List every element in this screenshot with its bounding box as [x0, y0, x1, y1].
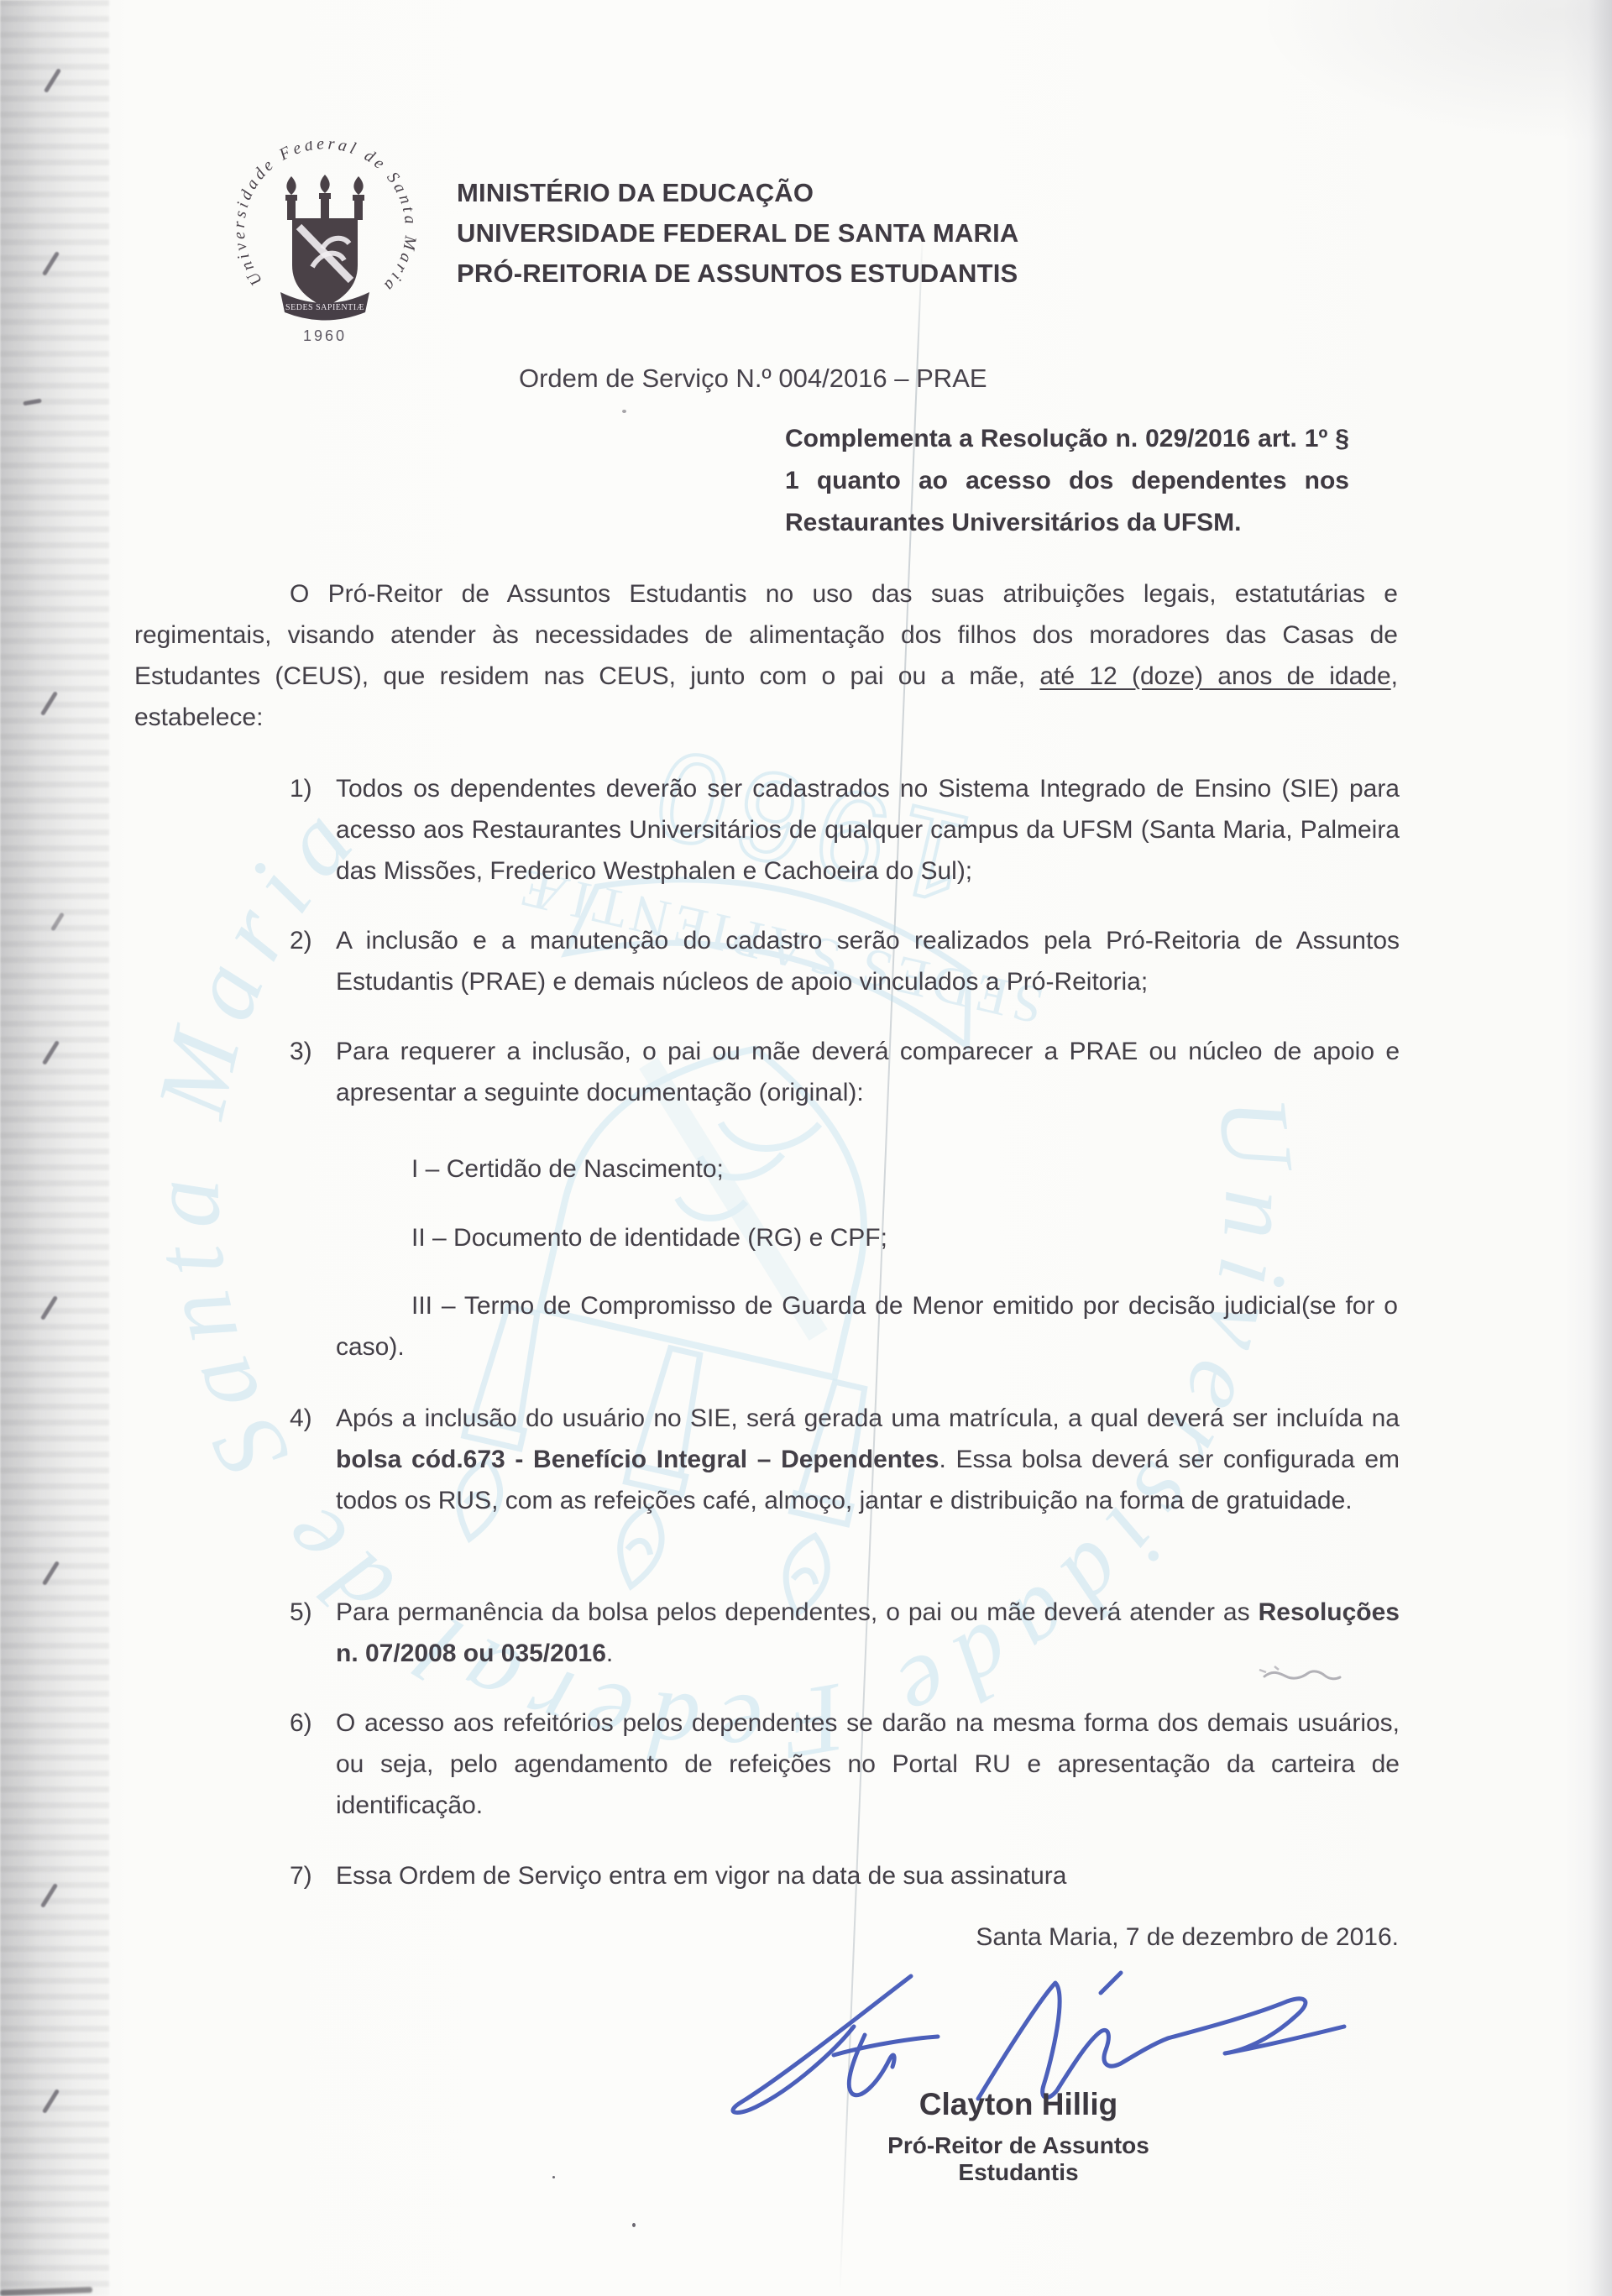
signer-role: Pró-Reitor de Assuntos Estudantis	[850, 2132, 1186, 2186]
scan-speck	[552, 2176, 555, 2178]
item-text: Para permanência da bolsa pelos dependen…	[336, 1592, 1400, 1674]
item-number: 7)	[290, 1855, 336, 1896]
list-item-4: 4) Após a inclusão do usuário no SIE, se…	[290, 1398, 1400, 1521]
logo-banner-text: SEDES SAPIENTIÆ	[285, 303, 364, 312]
list-item-2: 2) A inclusão e a manutenção do cadastro…	[290, 920, 1400, 1002]
item-text-bold: bolsa cód.673 - Benefício Integral – Dep…	[336, 1446, 939, 1473]
ufsm-logo: Universidade Federal de Santa Maria	[228, 141, 421, 353]
item-text: Após a inclusão do usuário no SIE, será …	[336, 1398, 1400, 1521]
item-text: A inclusão e a manutenção do cadastro se…	[336, 920, 1400, 1002]
item-number: 5)	[290, 1592, 336, 1674]
intro-paragraph: O Pró-Reitor de Assuntos Estudantis no u…	[134, 573, 1398, 738]
letterhead-line-university: UNIVERSIDADE FEDERAL DE SANTA MARIA	[457, 213, 1019, 254]
scan-speck	[632, 2223, 636, 2227]
document-summary: Complementa a Resolução n. 029/2016 art.…	[785, 418, 1349, 544]
list-item-5: 5) Para permanência da bolsa pelos depen…	[290, 1592, 1400, 1674]
item-number: 6)	[290, 1702, 336, 1826]
item-text-part: .	[606, 1640, 613, 1667]
logo-year: 1960	[303, 327, 347, 344]
pencil-scribble	[1258, 1658, 1350, 1692]
letterhead-line-prorectorate: PRÓ-REITORIA DE ASSUNTOS ESTUDANTIS	[457, 254, 1019, 294]
item-text: Para requerer a inclusão, o pai ou mãe d…	[336, 1031, 1400, 1113]
item-number: 2)	[290, 920, 336, 1002]
document-requirement-1: I – Certidão de Nascimento;	[336, 1148, 1398, 1190]
item-number: 4)	[290, 1398, 336, 1521]
item-text: O acesso aos refeitórios pelos dependent…	[336, 1702, 1400, 1826]
dateline: Santa Maria, 7 de dezembro de 2016.	[924, 1923, 1399, 1952]
item-number: 1)	[290, 768, 336, 892]
document-requirement-3: III – Termo de Compromisso de Guarda de …	[336, 1285, 1398, 1368]
letterhead-line-ministry: MINISTÉRIO DA EDUCAÇÃO	[457, 173, 1019, 213]
scan-smudge-top-right	[1259, 0, 1612, 143]
letterhead: MINISTÉRIO DA EDUCAÇÃO UNIVERSIDADE FEDE…	[457, 173, 1019, 294]
document-requirement-2: II – Documento de identidade (RG) e CPF;	[336, 1217, 1398, 1258]
item-text-part: Após a inclusão do usuário no SIE, será …	[336, 1404, 1400, 1432]
logo-torches	[285, 175, 364, 220]
item-text: Essa Ordem de Serviço entra em vigor na …	[336, 1855, 1400, 1896]
intro-underlined-text: até 12 (doze) anos de idade	[1039, 662, 1390, 690]
item-text-part: Para permanência da bolsa pelos dependen…	[336, 1598, 1259, 1626]
list-item-1: 1) Todos os dependentes deverão ser cada…	[290, 768, 1400, 892]
list-item-7: 7) Essa Ordem de Serviço entra em vigor …	[290, 1855, 1400, 1896]
document-title: Ordem de Serviço N.º 004/2016 – PRAE	[519, 363, 987, 394]
item-number: 3)	[290, 1031, 336, 1113]
scanned-page: Universidade Federal de Santa Maria	[0, 0, 1612, 2296]
item-text: Todos os dependentes deverão ser cadastr…	[336, 768, 1400, 892]
scan-edge-band-right	[1588, 0, 1612, 2296]
list-item-6: 6) O acesso aos refeitórios pelos depend…	[290, 1702, 1400, 1826]
list-item-3: 3) Para requerer a inclusão, o pai ou mã…	[290, 1031, 1400, 1113]
signer-name: Clayton Hillig	[850, 2087, 1186, 2122]
